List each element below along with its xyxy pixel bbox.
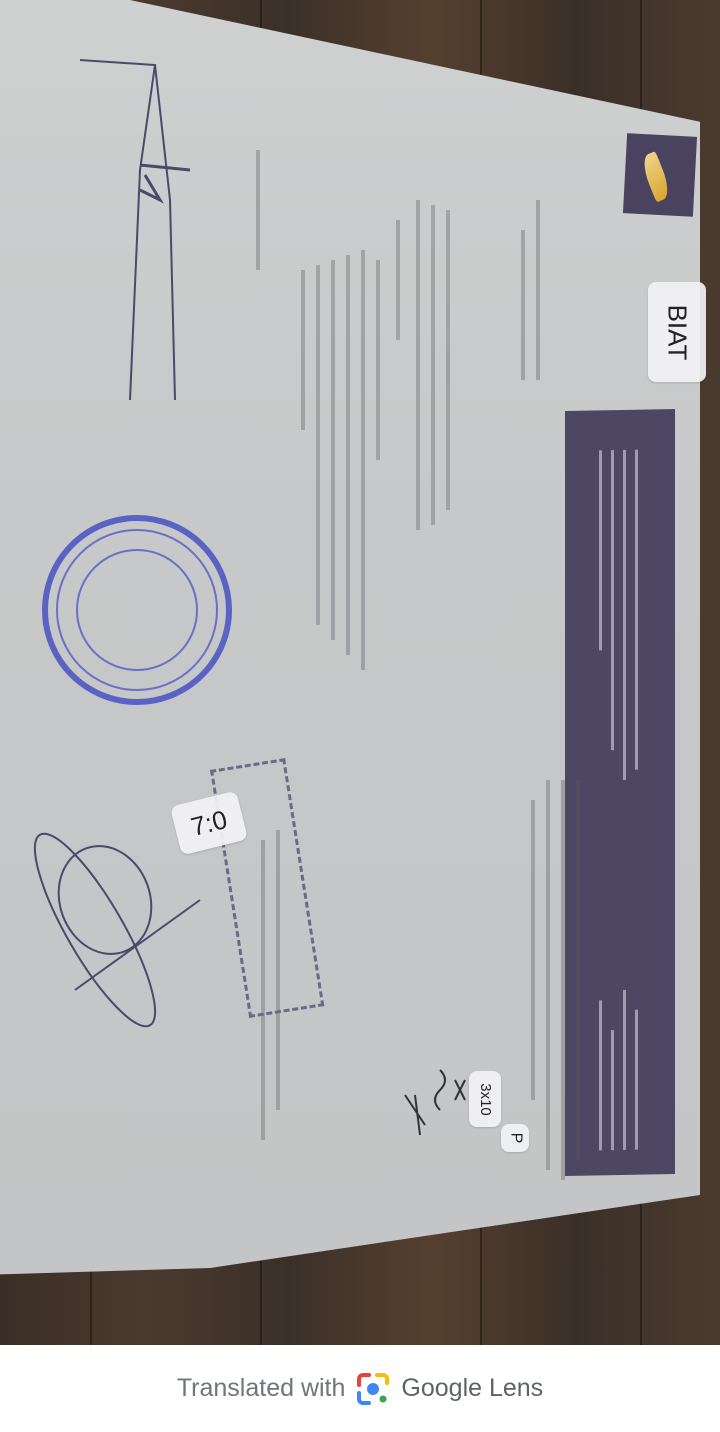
- footer-prefix: Translated with: [177, 1374, 346, 1403]
- document-photo: BIAT 7:0 3x10 P: [0, 0, 720, 1345]
- google-lens-icon: [355, 1371, 391, 1407]
- signatures: [0, 0, 720, 1345]
- signature-line-top: [80, 60, 155, 400]
- translation-chip-biat[interactable]: BIAT: [648, 282, 706, 382]
- lens-attribution-footer: Translated with Google Lens: [0, 1345, 720, 1432]
- translation-chip-handwritten-1[interactable]: 3x10: [469, 1071, 501, 1127]
- footer-brand: Google Lens: [401, 1374, 543, 1403]
- signature-loop: [16, 821, 174, 1040]
- handwritten-notes: [405, 1070, 465, 1135]
- translation-chip-handwritten-2[interactable]: P: [501, 1124, 529, 1152]
